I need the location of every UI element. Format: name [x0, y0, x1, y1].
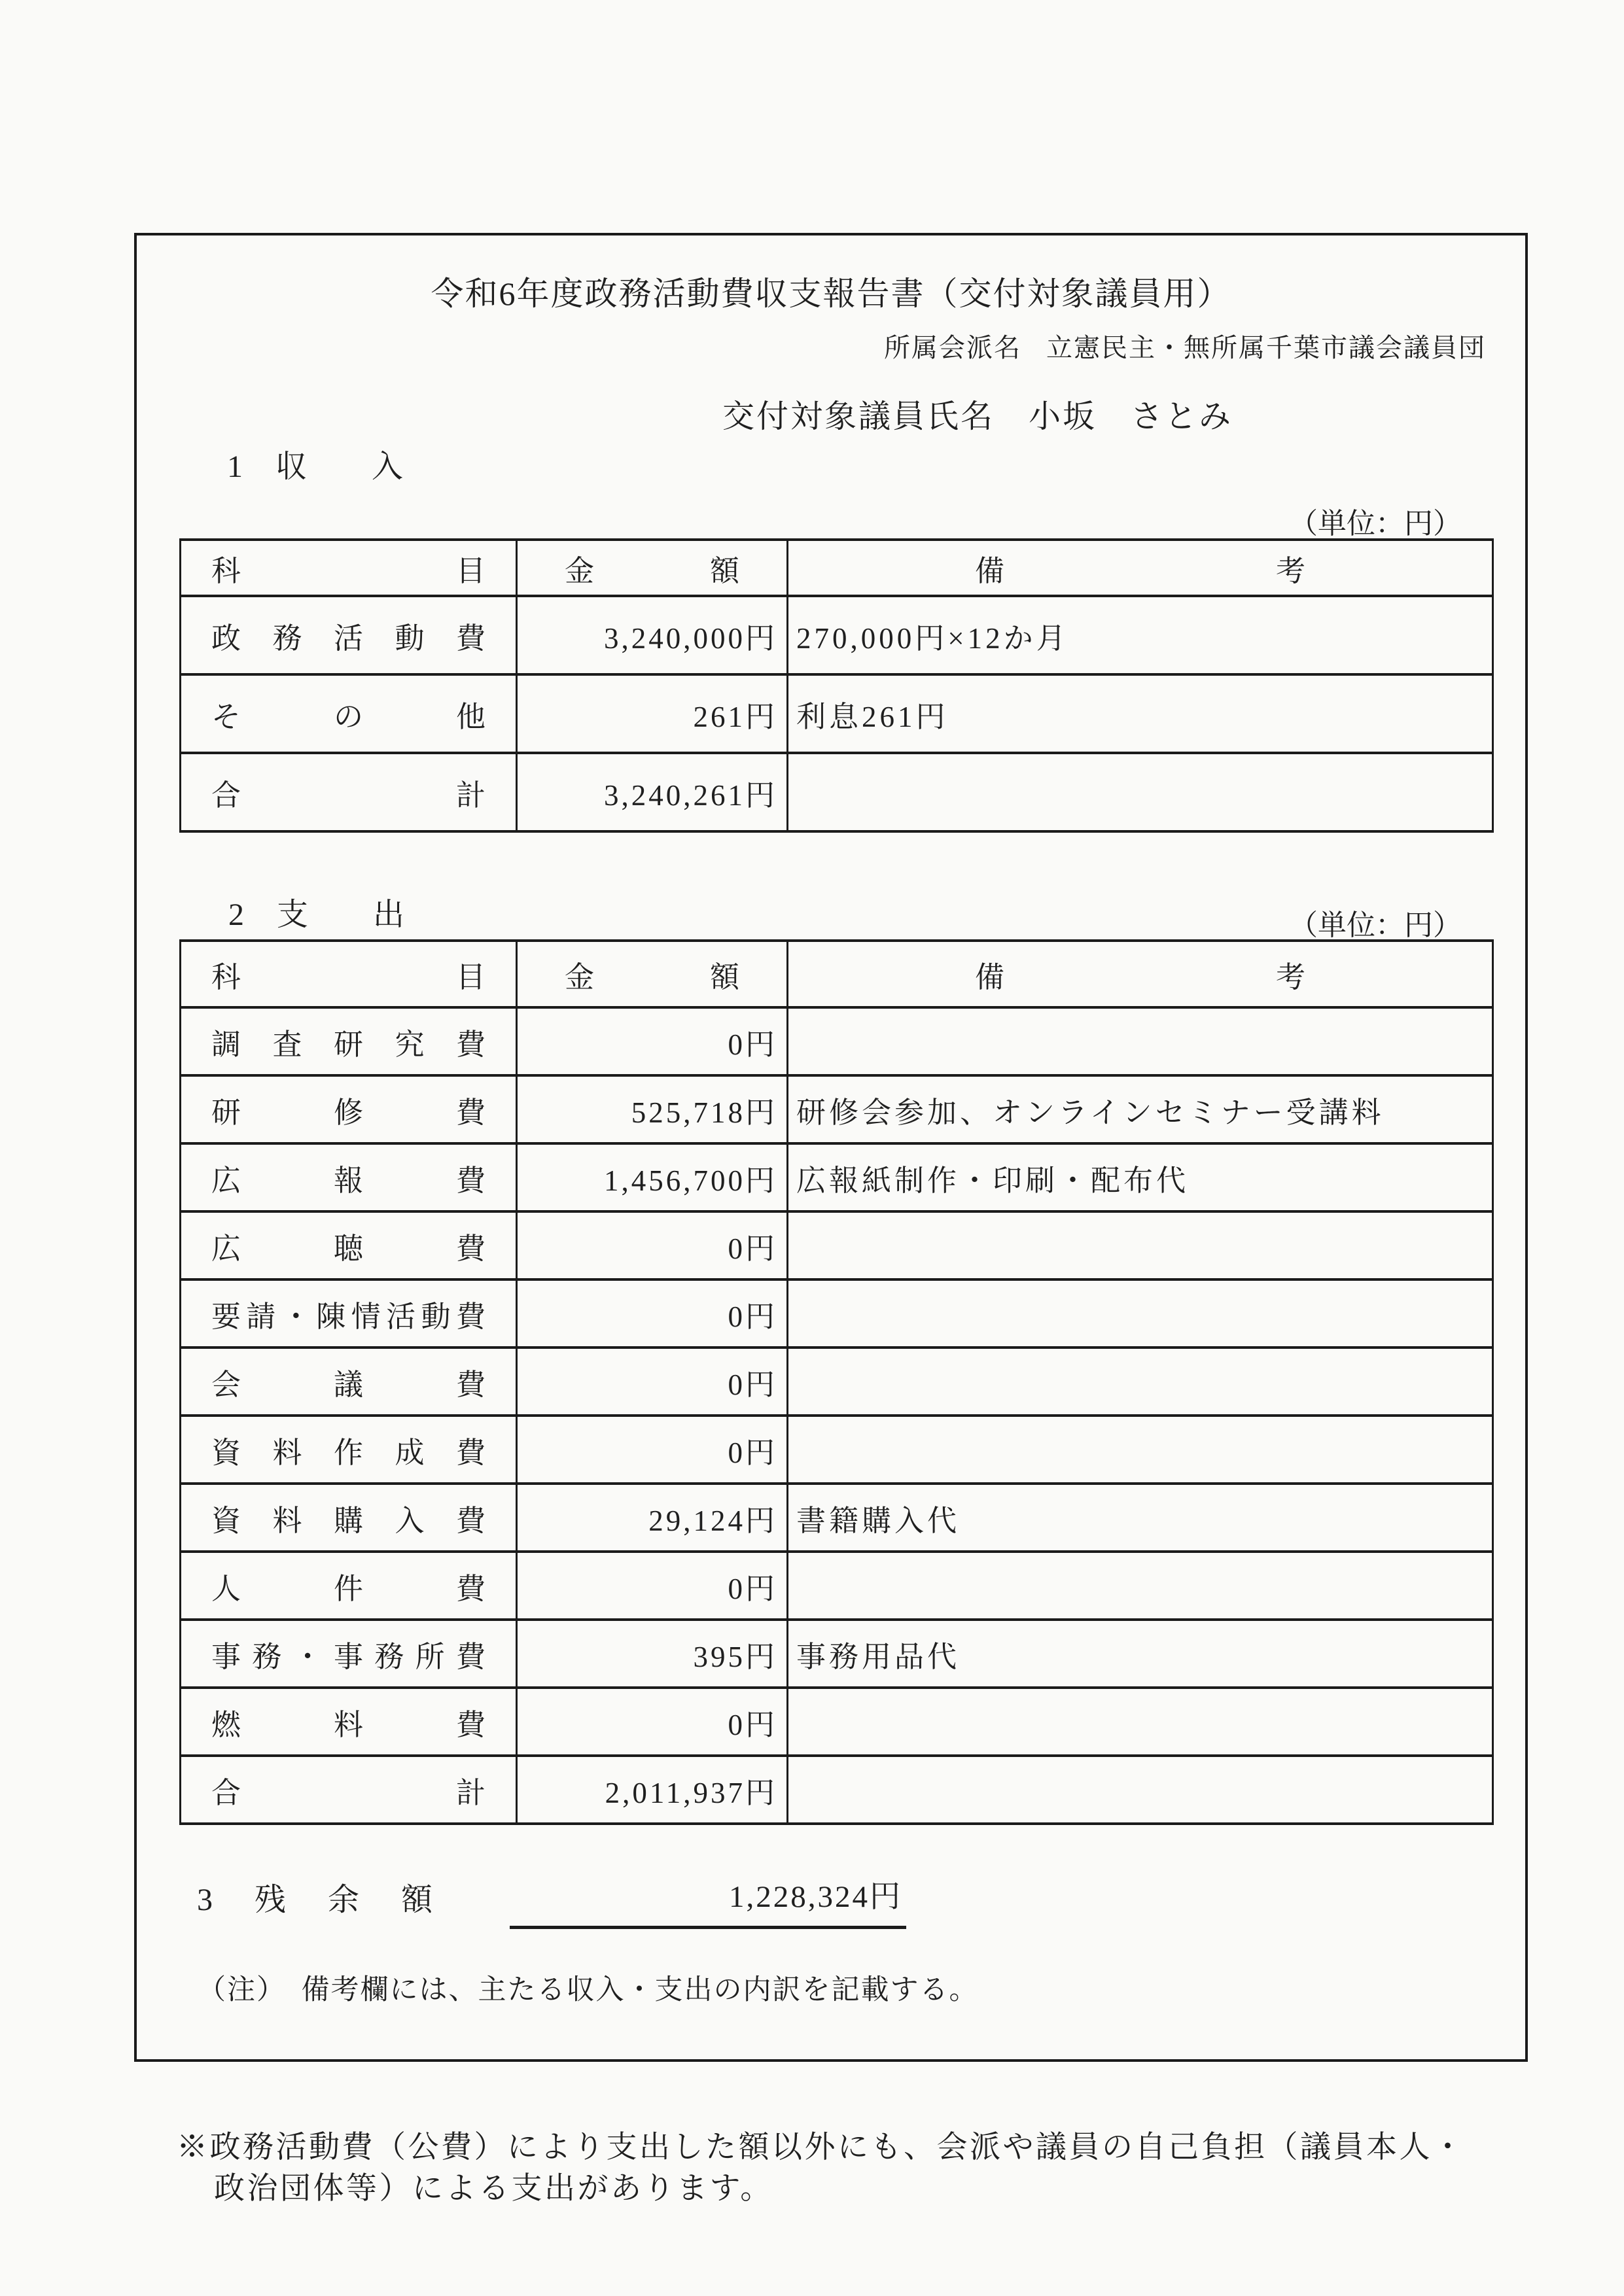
remarks-cell: [788, 1348, 1493, 1416]
balance-section-heading: 3 残 余 額: [197, 1874, 438, 1919]
remarks-cell: [788, 1211, 1493, 1279]
column-header-item: 科目: [181, 941, 517, 1007]
remarks-cell: [788, 1552, 1493, 1620]
item-cell: 広報費: [181, 1143, 517, 1211]
table-row: 資料作成費 0円: [181, 1416, 1493, 1484]
document-title: 令和6年度政務活動費収支報告書（交付対象議員用）: [137, 268, 1525, 315]
expense-table: 科目 金額 備考 調査研究費 0円 研修費 525,718円 研修会参加、オンラ…: [179, 939, 1494, 1825]
table-row: 政務活動費 3,240,000円 270,000円×12か月: [181, 596, 1493, 674]
remarks-cell: 広報紙制作・印刷・配布代: [788, 1143, 1493, 1211]
affiliation-line: 所属会派名 立憲民主・無所属千葉市議会議員団: [884, 327, 1486, 364]
item-cell: 合計: [181, 753, 517, 831]
amount-cell: 29,124円: [517, 1484, 788, 1552]
table-row: 広報費 1,456,700円 広報紙制作・印刷・配布代: [181, 1143, 1493, 1211]
column-header-remarks: 備考: [788, 540, 1493, 596]
table-row: 広聴費 0円: [181, 1211, 1493, 1279]
item-cell: 調査研究費: [181, 1007, 517, 1075]
affiliation-value: 立憲民主・無所属千葉市議会議員団: [1046, 327, 1486, 364]
amount-cell: 525,718円: [517, 1075, 788, 1143]
table-row: 調査研究費 0円: [181, 1007, 1493, 1075]
remarks-cell: 270,000円×12か月: [788, 596, 1493, 674]
item-cell: 人件費: [181, 1552, 517, 1620]
item-cell: 要請・陳情活動費: [181, 1279, 517, 1348]
page-footnote: ※政務活動費（公費）により支出した額以外にも、会派や議員の自己負担（議員本人・ …: [177, 2127, 1466, 2210]
balance-amount: 1,228,324円: [510, 1872, 909, 1916]
remarks-cell: 利息261円: [788, 674, 1493, 753]
item-cell: 会議費: [181, 1348, 517, 1416]
table-row: 事務・事務所費 395円 事務用品代: [181, 1620, 1493, 1688]
table-row: 合計 2,011,937円: [181, 1756, 1493, 1824]
income-section-heading: 1 収 入: [227, 441, 404, 486]
table-row: 合計 3,240,261円: [181, 753, 1493, 831]
table-row: その他 261円 利息261円: [181, 674, 1493, 753]
amount-cell: 0円: [517, 1416, 788, 1484]
item-cell: 燃料費: [181, 1688, 517, 1756]
page-footnote-line-2: 政治団体等）による支出があります。: [214, 2168, 1466, 2210]
remarks-cell: [788, 1688, 1493, 1756]
table-row: 要請・陳情活動費 0円: [181, 1279, 1493, 1348]
item-cell: 政務活動費: [181, 596, 517, 674]
income-header-row: 科目 金額 備考: [181, 540, 1493, 596]
column-header-amount: 金額: [517, 941, 788, 1007]
remarks-cell: [788, 1416, 1493, 1484]
amount-cell: 0円: [517, 1211, 788, 1279]
affiliation-label: 所属会派名: [884, 327, 1021, 364]
remarks-cell: 研修会参加、オンラインセミナー受講料: [788, 1075, 1493, 1143]
table-row: 会議費 0円: [181, 1348, 1493, 1416]
item-cell: 資料作成費: [181, 1416, 517, 1484]
remarks-cell: [788, 1756, 1493, 1824]
scanned-report-page: 令和6年度政務活動費収支報告書（交付対象議員用） 所属会派名 立憲民主・無所属千…: [0, 0, 1624, 2296]
expense-unit-note: （単位：円）: [1289, 901, 1462, 943]
income-table: 科目 金額 備考 政務活動費 3,240,000円 270,000円×12か月 …: [179, 538, 1494, 833]
remarks-cell: [788, 753, 1493, 831]
item-cell: 研修費: [181, 1075, 517, 1143]
item-cell: 合計: [181, 1756, 517, 1824]
amount-cell: 261円: [517, 674, 788, 753]
amount-cell: 0円: [517, 1007, 788, 1075]
column-header-remarks: 備考: [788, 941, 1493, 1007]
amount-cell: 1,456,700円: [517, 1143, 788, 1211]
table-row: 人件費 0円: [181, 1552, 1493, 1620]
amount-cell: 0円: [517, 1279, 788, 1348]
table-row: 燃料費 0円: [181, 1688, 1493, 1756]
remarks-cell: [788, 1007, 1493, 1075]
table-row: 研修費 525,718円 研修会参加、オンラインセミナー受講料: [181, 1075, 1493, 1143]
member-name-value: 小坂 さとみ: [1029, 391, 1233, 437]
item-cell: 資料購入費: [181, 1484, 517, 1552]
column-header-amount: 金額: [517, 540, 788, 596]
remarks-cell: [788, 1279, 1493, 1348]
page-footnote-line-1: ※政務活動費（公費）により支出した額以外にも、会派や議員の自己負担（議員本人・: [177, 2127, 1466, 2168]
column-header-item: 科目: [181, 540, 517, 596]
remarks-cell: 書籍購入代: [788, 1484, 1493, 1552]
member-name-label: 交付対象議員氏名: [722, 391, 995, 437]
remarks-cell: 事務用品代: [788, 1620, 1493, 1688]
member-name-line: 交付対象議員氏名 小坂 さとみ: [722, 391, 1233, 437]
item-cell: 事務・事務所費: [181, 1620, 517, 1688]
document-frame: 令和6年度政務活動費収支報告書（交付対象議員用） 所属会派名 立憲民主・無所属千…: [134, 233, 1528, 2062]
amount-cell: 395円: [517, 1620, 788, 1688]
amount-cell: 3,240,000円: [517, 596, 788, 674]
balance-underline: [510, 1926, 906, 1929]
income-unit-note: （単位：円）: [1289, 500, 1462, 542]
amount-cell: 0円: [517, 1552, 788, 1620]
amount-cell: 0円: [517, 1688, 788, 1756]
item-cell: その他: [181, 674, 517, 753]
remarks-note: （注） 備考欄には、主たる収入・支出の内訳を記載する。: [198, 1968, 979, 2008]
amount-cell: 0円: [517, 1348, 788, 1416]
amount-cell: 2,011,937円: [517, 1756, 788, 1824]
item-cell: 広聴費: [181, 1211, 517, 1279]
expense-header-row: 科目 金額 備考: [181, 941, 1493, 1007]
amount-cell: 3,240,261円: [517, 753, 788, 831]
expense-section-heading: 2 支 出: [228, 889, 405, 934]
table-row: 資料購入費 29,124円 書籍購入代: [181, 1484, 1493, 1552]
